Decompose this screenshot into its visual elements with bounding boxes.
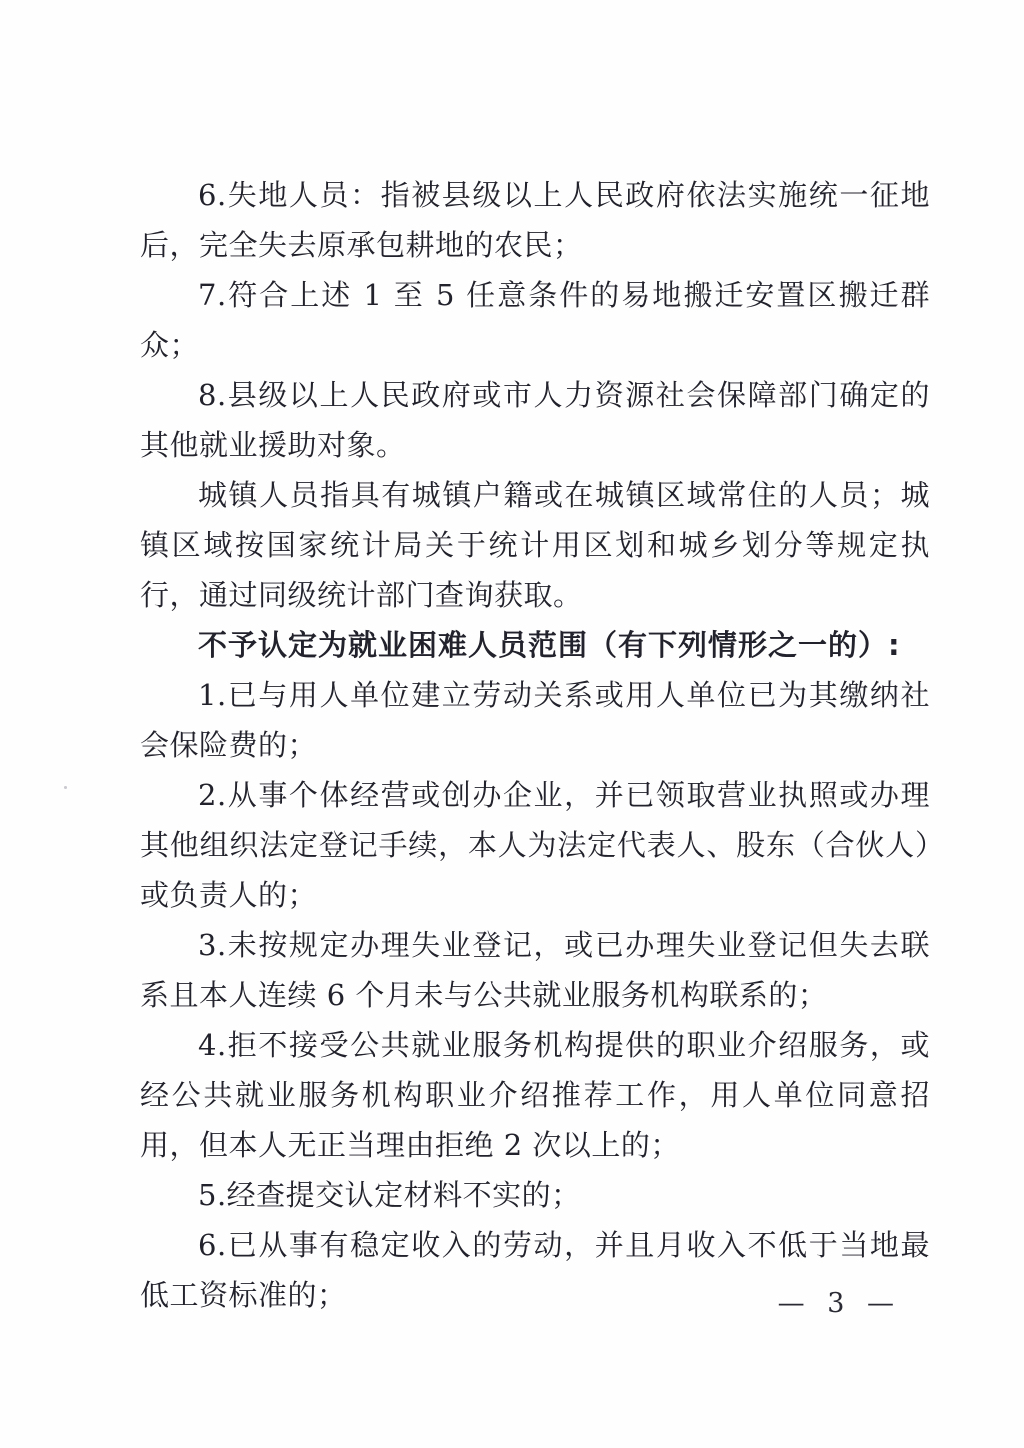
exclusion-clause-5-false-materials: 5.经查提交认定材料不实的； [140, 1170, 930, 1220]
page-number: — 3 — [778, 1288, 894, 1320]
document-page: 6.失地人员：指被县级以上人民政府依法实施统一征地后，完全失去原承包耕地的农民；… [0, 0, 1024, 1448]
document-body: 6.失地人员：指被县级以上人民政府依法实施统一征地后，完全失去原承包耕地的农民；… [140, 0, 930, 1320]
paragraph-urban-personnel-definition: 城镇人员指具有城镇户籍或在城镇区域常住的人员；城镇区域按国家统计局关于统计用区划… [140, 470, 930, 620]
clause-6-landless-personnel: 6.失地人员：指被县级以上人民政府依法实施统一征地后，完全失去原承包耕地的农民； [140, 170, 930, 270]
clause-8-other-assistance-targets: 8.县级以上人民政府或市人力资源社会保障部门确定的其他就业援助对象。 [140, 370, 930, 470]
exclusion-clause-4-refusing-job-referral: 4.拒不接受公共就业服务机构提供的职业介绍服务，或经公共就业服务机构职业介绍推荐… [140, 1020, 930, 1170]
exclusion-clause-3-unemployment-registration: 3.未按规定办理失业登记，或已办理失业登记但失去联系且本人连续 6 个月未与公共… [140, 920, 930, 1020]
section-heading-non-qualification: 不予认定为就业困难人员范围（有下列情形之一的）: [140, 620, 930, 670]
exclusion-clause-2-self-employment: 2.从事个体经营或创办企业，并已领取营业执照或办理其他组织法定登记手续，本人为法… [140, 770, 930, 920]
exclusion-clause-1-labor-relation: 1.已与用人单位建立劳动关系或用人单位已为其缴纳社会保险费的； [140, 670, 930, 770]
scan-speck [64, 786, 67, 789]
clause-7-relocation-residents: 7.符合上述 1 至 5 任意条件的易地搬迁安置区搬迁群众； [140, 270, 930, 370]
